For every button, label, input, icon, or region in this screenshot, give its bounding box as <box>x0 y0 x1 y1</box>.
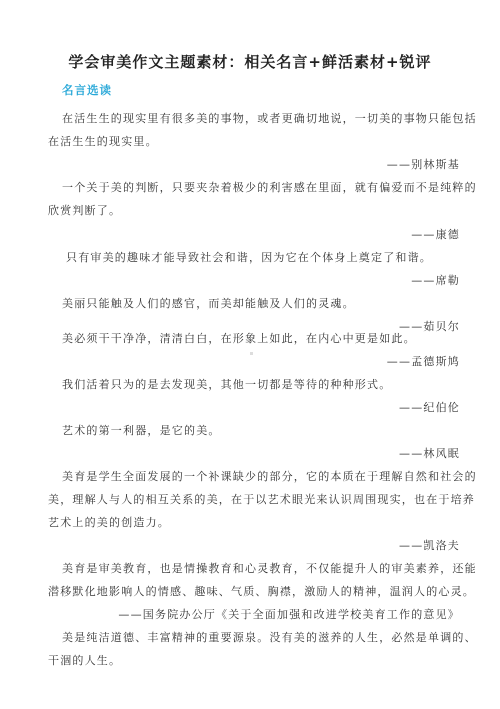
quote-7-line-1: 艺术的第一利器，是它的美。 <box>62 422 221 438</box>
quote-1-author: ——别林斯基 <box>387 156 460 172</box>
quote-10-line-2: 干涸的人生。 <box>48 652 121 668</box>
quote-8-line-3: 艺术上的美的创造力。 <box>48 514 170 530</box>
quote-6-line-1: 我们活着只为的是去发现美，其他一切都是等待的种种形式。 <box>62 376 391 392</box>
quote-7-author: ——林风眠 <box>399 445 460 461</box>
quote-5-line-1: 美必须干干净净，清清白白，在形象上如此，在内心中更是如此。 <box>62 330 416 346</box>
quote-2-author: ——康德 <box>411 226 460 242</box>
quote-3-author: ——席勒 <box>411 272 460 288</box>
quote-2-line-2: 欣赏判断了。 <box>48 202 121 218</box>
quote-2-line-1: 一个关于美的判断，只要夹杂着极少的利害感在里面，就有偏爱而不是纯粹的 <box>62 179 477 195</box>
quote-8-line-1: 美育是学生全面发展的一个补课缺少的部分，它的本质在于理解自然和社会的 <box>62 468 477 484</box>
quote-9-author: ——国务院办公厅《关于全面加强和改进学校美育工作的意见》 <box>118 606 460 622</box>
document-title: 学会审美作文主题素材：相关名言+鲜活素材+锐评 <box>0 51 500 72</box>
quote-9-line-2: 潜移默化地影响人的情感、趣味、气质、胸襟，激励人的精神，温润人的心灵。 <box>48 583 475 599</box>
quote-6-author: ——纪伯伦 <box>399 399 460 415</box>
quote-5-author: ——孟德斯鸠 <box>387 353 460 369</box>
quote-9-line-1: 美育是审美教育，也是情操教育和心灵教育，不仅能提升人的审美素养，还能 <box>62 560 477 576</box>
stray-dot <box>250 352 253 355</box>
quote-4-line-1: 美丽只能触及人们的感官，而美却能触及人们的灵魂。 <box>62 295 355 311</box>
quote-8-author: ——凯洛夫 <box>399 537 460 553</box>
quote-8-line-2: 美，理解人与人的相互关系的美，在于以艺术眼光来认识周围现实，也在于培养 <box>48 491 475 507</box>
document-page: 学会审美作文主题素材：相关名言+鲜活素材+锐评 名言选读 在活生生的现实里有很多… <box>0 0 500 709</box>
quote-10-line-1: 美是纯洁道德、丰富精神的重要源泉。没有美的滋养的人生，必然是单调的、 <box>62 629 477 645</box>
quote-3-line-1: 只有审美的趣味才能导致社会和谐，因为它在个体身上奠定了和谐。 <box>66 249 432 265</box>
quote-1-line-1: 在活生生的现实里有很多美的事物，或者更确切地说，一切美的事物只能包括 <box>62 110 477 126</box>
quote-1-line-2: 在活生生的现实里。 <box>48 133 158 149</box>
section-heading: 名言选读 <box>62 82 112 98</box>
